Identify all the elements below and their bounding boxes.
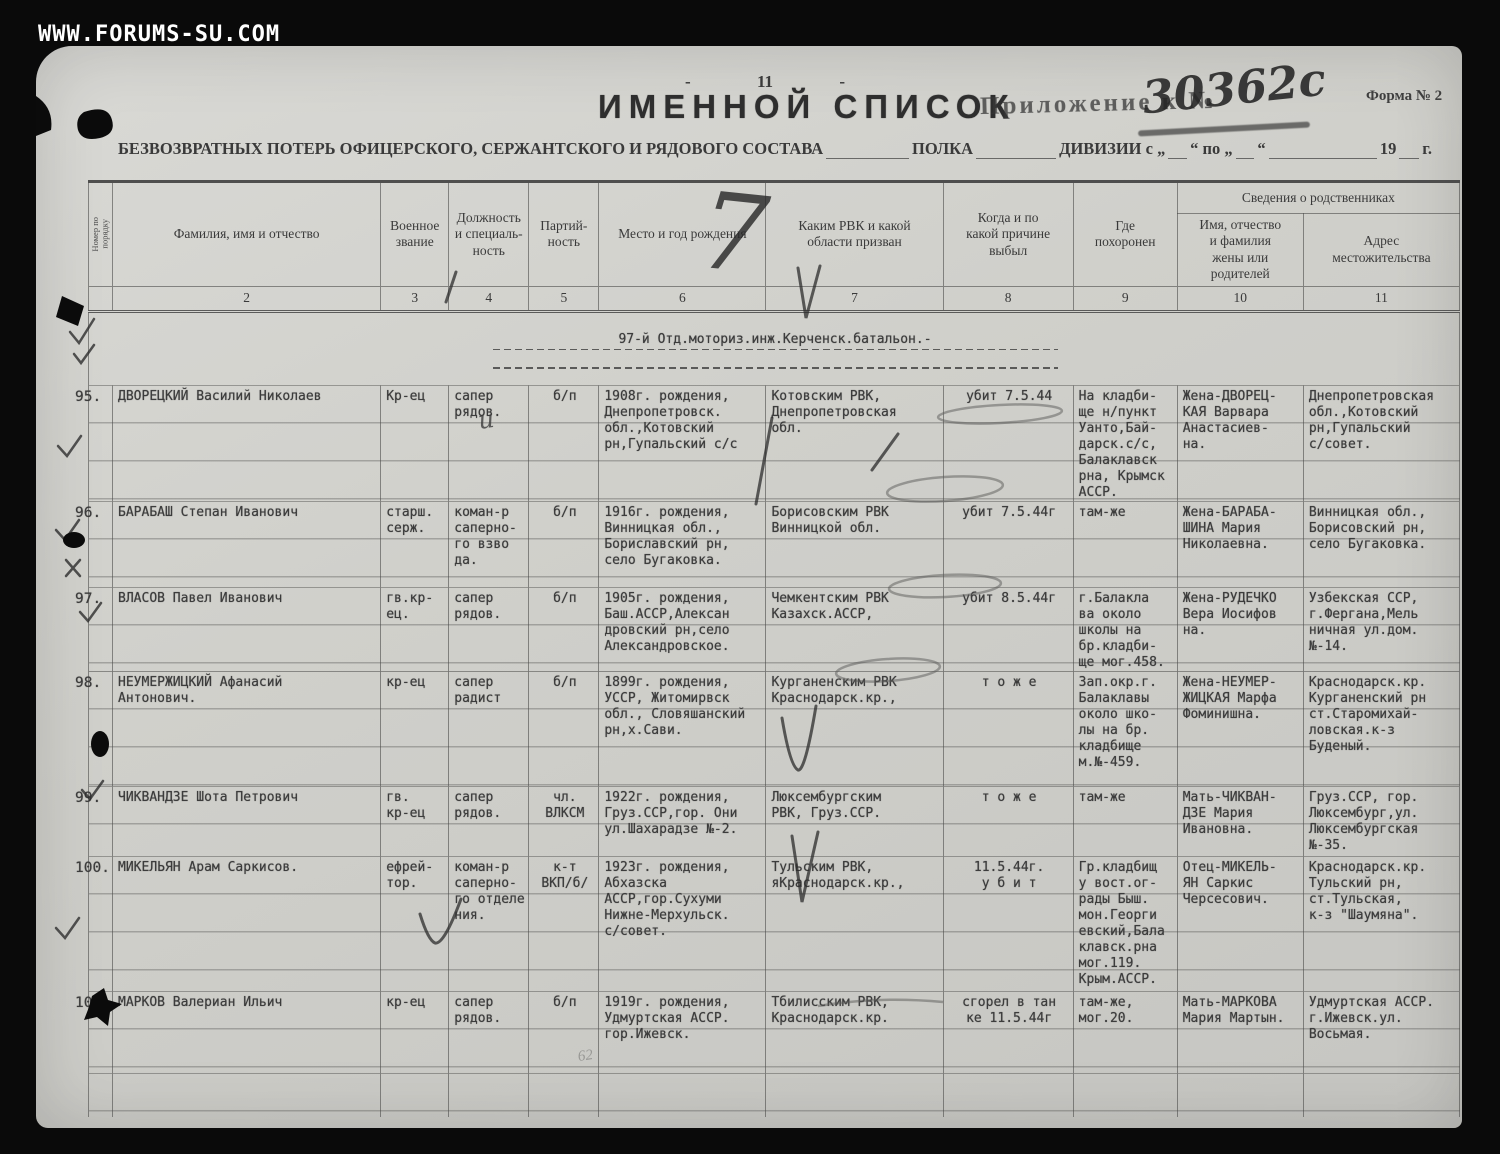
- cell-address: Днепропетровская обл.,Котовский рн,Гупал…: [1303, 385, 1459, 501]
- table-row: 97. ВЛАСОВ Павел Иванович гв.кр- ец. сап…: [89, 587, 1460, 671]
- cell-kin: Жена-ДВОРЕЦ- КАЯ Варвара Анастасиев- на.: [1177, 385, 1303, 501]
- cell-name: БАРАБАШ Степан Иванович: [113, 501, 381, 587]
- cell-address: Краснодарск.кр. Тульский рн, ст.Тульская…: [1303, 856, 1459, 991]
- col-group-relatives: Сведения о родственниках: [1177, 182, 1459, 214]
- cell-fate: убит 7.5.44: [943, 385, 1073, 501]
- cell-party: б/п: [529, 385, 599, 501]
- subtitle-text-2: ПОЛКА: [912, 139, 973, 159]
- cell-rank: старш. серж.: [381, 501, 449, 587]
- cell-party: чл. ВЛКСМ: [529, 786, 599, 856]
- cell-fate: убит 8.5.44г: [943, 587, 1073, 671]
- cell-rank: гв.кр- ец.: [381, 587, 449, 671]
- col-header-party: Партий- ность: [529, 182, 599, 287]
- cell-grave: Зап.окр.г. Балаклавы около шко- лы на бр…: [1073, 671, 1177, 786]
- cell-kin: Жена-РУДЕЧКО Вера Иосифов на.: [1177, 587, 1303, 671]
- blank-line: [1168, 140, 1187, 159]
- cell-name: МИКЕЛЬЯН Арам Саркисов.: [113, 856, 381, 991]
- cell-rank: кр-ец: [381, 671, 449, 786]
- col-header-position: Должность и специаль- ность: [449, 182, 529, 287]
- subtitle-text-7: г.: [1422, 139, 1432, 159]
- cell-birth: 1923г. рождения, Абхазска АССР,гор.Сухум…: [599, 856, 766, 991]
- cell-position: сапер радист: [449, 671, 529, 786]
- cell-fate: убит 7.5.44г: [943, 501, 1073, 587]
- cell-address: Удмуртская АССР. г.Ижевск.ул. Восьмая.: [1303, 991, 1459, 1073]
- cell-party: б/п: [529, 671, 599, 786]
- cell-kin: Отец-МИКЕЛЬ- ЯН Саркис Черсесович.: [1177, 856, 1303, 991]
- cell-grave: там-же: [1073, 501, 1177, 587]
- subtitle-text-4: “ по „: [1190, 139, 1233, 159]
- col-header-fate: Когда и по какой причине выбыл: [943, 182, 1073, 287]
- blank-line: [826, 140, 909, 159]
- col-header-grave: Где похоронен: [1073, 182, 1177, 287]
- cell-rvk: Тбилисским РВК, Краснодарск.кр.: [766, 991, 943, 1073]
- cell-grave: Гр.кладбищ у вост.ог- рады Быш. мон.Геор…: [1073, 856, 1177, 991]
- blank-line: [976, 140, 1056, 159]
- blank-line: [1399, 140, 1419, 159]
- cell-fate: сгорел в тан ке 11.5.44г: [943, 991, 1073, 1073]
- casualty-list-table: Номер по порядку Фамилия, имя и отчество…: [88, 180, 1460, 1117]
- subtitle-text-6: 19: [1380, 139, 1397, 159]
- cell-fate: 11.5.44г. у б и т: [943, 856, 1073, 991]
- cell-kin: Жена-БАРАБА- ШИНА Мария Николаевна.: [1177, 501, 1303, 587]
- unit-underline: [493, 349, 1058, 351]
- col-header-name: Фамилия, имя и отчество: [113, 182, 381, 287]
- cell-rank: ефрей- тор.: [381, 856, 449, 991]
- cell-fate: т о ж е: [943, 786, 1073, 856]
- cell-grave: На кладби- ще н/пункт Уанто,Бай- дарск.с…: [1073, 385, 1177, 501]
- cell-birth: 1905г. рождения, Баш.АССР,Алексан дровск…: [599, 587, 766, 671]
- table-row: 98. НЕУМЕРЖИЦКИЙ Афанасий Антонович. кр-…: [89, 671, 1460, 786]
- cell-fate: т о ж е: [943, 671, 1073, 786]
- cell-name: ЧИКВАНДЗЕ Шота Петрович: [113, 786, 381, 856]
- handwritten-digit-seven: 7: [694, 169, 774, 298]
- cell-rvk: Люксембургским РВК, Груз.ССР.: [766, 786, 943, 856]
- unit-name: 97-й Отд.моториз.инж.Керченск.батальон.-: [618, 332, 931, 347]
- cell-position: сапер рядов.: [449, 786, 529, 856]
- cell-address: Узбекская ССР, г.Фергана,Мель ничная ул.…: [1303, 587, 1459, 671]
- col-header-rvk: Каким РВК и какой области призван: [766, 182, 943, 287]
- cell-name: НЕУМЕРЖИЦКИЙ Афанасий Антонович.: [113, 671, 381, 786]
- watermark: WWW.FORUMS-SU.COM: [38, 22, 280, 47]
- cell-name: МАРКОВ Валериан Ильич: [113, 991, 381, 1073]
- cell-party: б/п: [529, 501, 599, 587]
- cell-position: сапер рядов.: [449, 587, 529, 671]
- table-row-empty: [89, 1073, 1460, 1117]
- col-header-index: Номер по порядку: [89, 182, 113, 287]
- form-number-label: Форма № 2: [1366, 88, 1442, 105]
- col-header-kin: Имя, отчество и фамилия жены или родител…: [1177, 214, 1303, 287]
- blank-line: [1236, 140, 1255, 159]
- cell-address: Краснодарск.кр. Курганенский рн ст.Старо…: [1303, 671, 1459, 786]
- cell-rvk: Тульским РВК, яКраснодарск.кр.,: [766, 856, 943, 991]
- cell-grave: там-же, мог.20.: [1073, 991, 1177, 1073]
- cell-rvk: Курганенским РВК Краснодарск.кр.,: [766, 671, 943, 786]
- cell-position: сапер рядов.: [449, 385, 529, 501]
- cell-rank: кр-ец: [381, 991, 449, 1073]
- cell-position: сапер рядов.: [449, 991, 529, 1073]
- cell-party: б/п: [529, 587, 599, 671]
- cell-birth: 1919г. рождения, Удмуртская АССР. гор.Иж…: [599, 991, 766, 1073]
- column-numbers-row: 2 34 56 78 910 11: [89, 286, 1460, 311]
- unit-underline: [493, 367, 1058, 369]
- cell-birth: 1899г. рождения, УССР, Житомирвск обл., …: [599, 671, 766, 786]
- cell-position: коман-р саперно- го отделе ния.: [449, 856, 529, 991]
- cell-rvk: Борисовским РВК Винницкой обл.: [766, 501, 943, 587]
- cell-party: к-т ВКП/б/: [529, 856, 599, 991]
- table-row: 101. МАРКОВ Валериан Ильич кр-ец сапер р…: [89, 991, 1460, 1073]
- cell-rank: гв. кр-ец: [381, 786, 449, 856]
- subtitle-text-1: БЕЗВОЗВРАТНЫХ ПОТЕРЬ ОФИЦЕРСКОГО, СЕРЖАН…: [118, 139, 823, 159]
- cell-address: Груз.ССР, гор. Люксембург,ул. Люксембург…: [1303, 786, 1459, 856]
- document-subtitle: БЕЗВОЗВРАТНЫХ ПОТЕРЬ ОФИЦЕРСКОГО, СЕРЖАН…: [118, 139, 1432, 159]
- cell-rvk: Котовским РВК, Днепропетровская обл.: [766, 385, 943, 501]
- subtitle-text-5: “: [1257, 139, 1265, 159]
- cell-name: ВЛАСОВ Павел Иванович: [113, 587, 381, 671]
- table-row: 99. ЧИКВАНДЗЕ Шота Петрович гв. кр-ец са…: [89, 786, 1460, 856]
- table-row: 100. МИКЕЛЬЯН Арам Саркисов. ефрей- тор.…: [89, 856, 1460, 991]
- table-row: 95. ДВОРЕЦКИЙ Василий Николаев Кр-ец сап…: [89, 385, 1460, 501]
- cell-address: Винницкая обл., Борисовский рн, село Буг…: [1303, 501, 1459, 587]
- col-header-rank: Военное звание: [381, 182, 449, 287]
- cell-position: коман-р саперно- го взво да.: [449, 501, 529, 587]
- cell-birth: 1916г. рождения, Винницкая обл., Борисла…: [599, 501, 766, 587]
- cell-grave: г.Балакла ва около школы на бр.кладби- щ…: [1073, 587, 1177, 671]
- pencil-footer-mark: 62: [577, 1047, 594, 1066]
- table-row: 96. БАРАБАШ Степан Иванович старш. серж.…: [89, 501, 1460, 587]
- unit-header-row: 97-й Отд.моториз.инж.Керченск.батальон.-: [89, 311, 1460, 385]
- col-header-address: Адрес местожительства: [1303, 214, 1459, 287]
- cell-name: ДВОРЕЦКИЙ Василий Николаев: [113, 385, 381, 501]
- cell-rank: Кр-ец: [381, 385, 449, 501]
- cell-birth: 1922г. рождения, Груз.ССР,гор. Они ул.Ша…: [599, 786, 766, 856]
- document-title: ИМЕННОЙ СПИСОК: [598, 88, 1016, 126]
- cell-kin: Жена-НЕУМЕР- ЖИЦКАЯ Марфа Фоминишна.: [1177, 671, 1303, 786]
- subtitle-text-3: ДИВИЗИИ с „: [1059, 139, 1165, 159]
- cell-kin: Мать-ЧИКВАН- ДЗЕ Мария Ивановна.: [1177, 786, 1303, 856]
- cell-rvk: Чемкентским РВК Казахск.АССР,: [766, 587, 943, 671]
- cell-kin: Мать-МАРКОВА Мария Мартын.: [1177, 991, 1303, 1073]
- cell-grave: там-же: [1073, 786, 1177, 856]
- cell-birth: 1908г. рождения, Днепропетровск. обл.,Ко…: [599, 385, 766, 501]
- blank-line: [1269, 140, 1377, 159]
